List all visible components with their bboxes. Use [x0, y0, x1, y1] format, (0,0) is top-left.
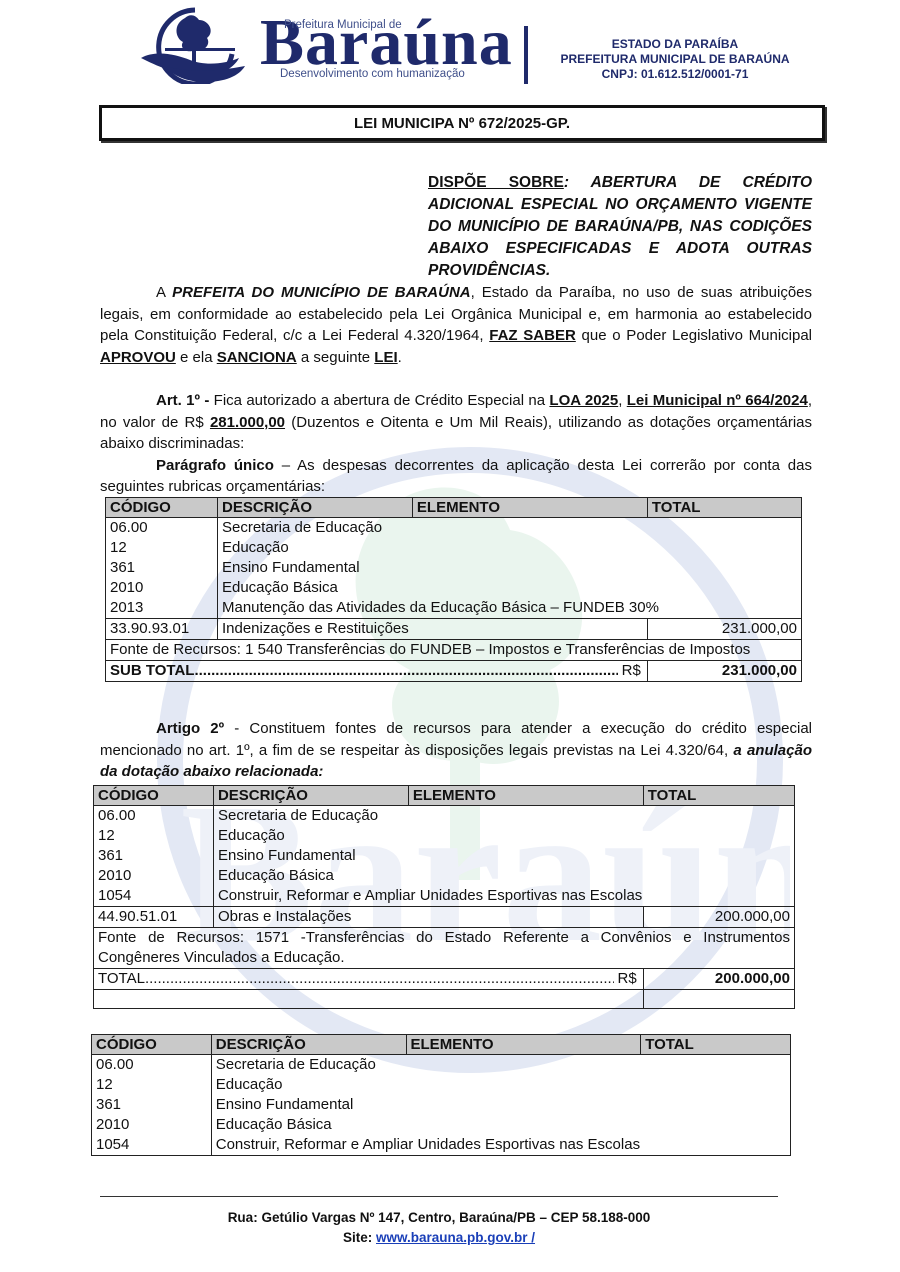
- col-descricao: DESCRIÇÃO: [217, 498, 412, 518]
- row-desc: Secretaria de Educação: [217, 518, 801, 539]
- table-header: CÓDIGO DESCRIÇÃO ELEMENTO TOTAL: [94, 786, 795, 806]
- subtotal-text: SUB TOTAL...............................…: [110, 662, 632, 679]
- col-descricao: DESCRIÇÃO: [211, 1035, 406, 1055]
- header-divider: [524, 26, 528, 84]
- table-row: 2013Manutenção das Atividades da Educaçã…: [106, 598, 802, 619]
- total-value: 200.000,00: [643, 969, 794, 990]
- row-code: 1054: [94, 886, 214, 907]
- footer: Rua: Getúlio Vargas Nº 147, Centro, Bara…: [100, 1208, 778, 1248]
- row-code: 06.00: [94, 806, 214, 827]
- loa-ref: LOA 2025: [549, 392, 618, 409]
- budget-table-credit: CÓDIGO DESCRIÇÃO ELEMENTO TOTAL 06.00Sec…: [105, 497, 802, 682]
- subtotal-label: SUB TOTAL...............................…: [106, 661, 648, 682]
- subtotal-row: SUB TOTAL...............................…: [106, 661, 802, 682]
- element-desc: Obras e Instalações: [213, 907, 643, 928]
- brand-tagline: Desenvolvimento com humanização: [280, 68, 465, 80]
- table-row: 2010Educação Básica: [92, 1115, 791, 1135]
- col-total: TOTAL: [643, 786, 794, 806]
- budget-table-continued: CÓDIGO DESCRIÇÃO ELEMENTO TOTAL 06.00Sec…: [91, 1034, 791, 1156]
- col-codigo: CÓDIGO: [106, 498, 218, 518]
- row-desc: Construir, Reformar e Ampliar Unidades E…: [211, 1135, 790, 1156]
- fonte-recursos: Fonte de Recursos: 1 540 Transferências …: [106, 640, 802, 661]
- table-row: 06.00Secretaria de Educação: [92, 1055, 791, 1076]
- footer-divider: [100, 1196, 778, 1197]
- text: A: [156, 284, 172, 301]
- row-desc: Educação: [217, 538, 801, 558]
- lei: LEI: [374, 349, 397, 366]
- table-row: 06.00Secretaria de Educação: [94, 806, 795, 827]
- site-link[interactable]: www.barauna.pb.gov.br /: [376, 1230, 535, 1245]
- site-label: Site:: [343, 1230, 376, 1245]
- text: que o Poder Legislativo Municipal: [576, 327, 812, 344]
- row-desc: Ensino Fundamental: [217, 558, 801, 578]
- table-row: 1054Construir, Reformar e Ampliar Unidad…: [94, 886, 795, 907]
- row-code: 361: [92, 1095, 212, 1115]
- col-total: TOTAL: [647, 498, 801, 518]
- element-code: 44.90.51.01: [94, 907, 214, 928]
- text: ,: [618, 392, 627, 409]
- article-label: Art. 1º -: [156, 392, 209, 409]
- row-code: 12: [94, 826, 214, 846]
- row-code: 12: [106, 538, 218, 558]
- element-desc: Indenizações e Restituições: [217, 619, 647, 640]
- subtotal-value: 231.000,00: [647, 661, 801, 682]
- total-label: TOTAL...................................…: [94, 969, 644, 990]
- col-elemento: ELEMENTO: [408, 786, 643, 806]
- col-codigo: CÓDIGO: [94, 786, 214, 806]
- table-header: CÓDIGO DESCRIÇÃO ELEMENTO TOTAL: [106, 498, 802, 518]
- row-desc: Educação: [211, 1075, 790, 1095]
- fonte-recursos: Fonte de Recursos: 1571 -Transferências …: [94, 928, 795, 969]
- letterhead: Baraúna Prefeitura Municipal de Desenvol…: [135, 4, 815, 86]
- ementa-label: DISPÕE SOBRE: [428, 174, 564, 191]
- table-row: 361Ensino Fundamental: [94, 846, 795, 866]
- row-desc: Educação Básica: [213, 866, 794, 886]
- article-2: Artigo 2º - Constituem fontes de recurso…: [100, 718, 812, 783]
- row-code: 2010: [92, 1115, 212, 1135]
- text: e ela: [176, 349, 217, 366]
- row-desc: Secretaria de Educação: [213, 806, 794, 827]
- table-row: 1054Construir, Reformar e Ampliar Unidad…: [92, 1135, 791, 1156]
- row-desc: Construir, Reformar e Ampliar Unidades E…: [213, 886, 794, 907]
- cnpj: CNPJ: 01.612.512/0001-71: [530, 67, 820, 82]
- text: Fica autorizado a abertura de Crédito Es…: [209, 392, 549, 409]
- address: Rua: Getúlio Vargas Nº 147, Centro, Bara…: [100, 1208, 778, 1228]
- municipal-logo-icon: [135, 6, 255, 84]
- row-code: 2010: [94, 866, 214, 886]
- col-elemento: ELEMENTO: [406, 1035, 641, 1055]
- state-name: ESTADO DA PARAÍBA: [530, 37, 820, 52]
- row-code: 2013: [106, 598, 218, 619]
- row-desc: Ensino Fundamental: [211, 1095, 790, 1115]
- text: a seguinte: [297, 349, 375, 366]
- law-title: LEI MUNICIPA Nº 672/2025-GP.: [99, 105, 825, 141]
- row-code: 2010: [106, 578, 218, 598]
- row-code: 1054: [92, 1135, 212, 1156]
- col-elemento: ELEMENTO: [412, 498, 647, 518]
- budget-table-annulment: CÓDIGO DESCRIÇÃO ELEMENTO TOTAL 06.00Sec…: [93, 785, 795, 1009]
- col-codigo: CÓDIGO: [92, 1035, 212, 1055]
- preamble: A PREFEITA DO MUNICÍPIO DE BARAÚNA, Esta…: [100, 282, 812, 368]
- row-desc: Educação Básica: [217, 578, 801, 598]
- spacer-row: [94, 990, 795, 1009]
- row-code: 12: [92, 1075, 212, 1095]
- paragraph-label: Parágrafo único: [156, 457, 274, 474]
- row-desc: Ensino Fundamental: [213, 846, 794, 866]
- sanciona: SANCIONA: [217, 349, 297, 366]
- municipality-name: PREFEITURA MUNICIPAL DE BARAÚNA: [530, 52, 820, 67]
- currency: R$: [614, 969, 637, 989]
- row-desc: Educação Básica: [211, 1115, 790, 1135]
- brand-prefix: Prefeitura Municipal de: [284, 19, 402, 31]
- element-row: 33.90.93.01 Indenizações e Restituições …: [106, 619, 802, 640]
- currency: R$: [618, 661, 641, 681]
- table-header: CÓDIGO DESCRIÇÃO ELEMENTO TOTAL: [92, 1035, 791, 1055]
- article-1: Art. 1º - Fica autorizado a abertura de …: [100, 390, 812, 498]
- ementa: DISPÕE SOBRE: ABERTURA DE CRÉDITO ADICIO…: [428, 172, 812, 282]
- article-label: Artigo 2º: [156, 720, 224, 737]
- row-desc: Manutenção das Atividades da Educação Bá…: [217, 598, 801, 619]
- table-row: 2010Educação Básica: [94, 866, 795, 886]
- government-info: ESTADO DA PARAÍBA PREFEITURA MUNICIPAL D…: [530, 37, 820, 82]
- table-row: 12Educação: [106, 538, 802, 558]
- credit-value: 281.000,00: [210, 414, 285, 431]
- element-total: 231.000,00: [647, 619, 801, 640]
- table-row: 2010Educação Básica: [106, 578, 802, 598]
- table-row: 12Educação: [92, 1075, 791, 1095]
- text: .: [398, 349, 402, 366]
- total-text: TOTAL...................................…: [98, 970, 616, 987]
- total-row: TOTAL...................................…: [94, 969, 795, 990]
- row-code: 361: [94, 846, 214, 866]
- fonte-row: Fonte de Recursos: 1 540 Transferências …: [106, 640, 802, 661]
- aprovou: APROVOU: [100, 349, 176, 366]
- faz-saber: FAZ SABER: [489, 327, 576, 344]
- fonte-row: Fonte de Recursos: 1571 -Transferências …: [94, 928, 795, 969]
- authority: PREFEITA DO MUNICÍPIO DE BARAÚNA: [172, 284, 471, 301]
- col-descricao: DESCRIÇÃO: [213, 786, 408, 806]
- element-total: 200.000,00: [643, 907, 794, 928]
- col-total: TOTAL: [641, 1035, 791, 1055]
- element-code: 33.90.93.01: [106, 619, 218, 640]
- table-row: 361Ensino Fundamental: [106, 558, 802, 578]
- table-row: 12Educação: [94, 826, 795, 846]
- row-code: 06.00: [92, 1055, 212, 1076]
- row-desc: Educação: [213, 826, 794, 846]
- table-row: 361Ensino Fundamental: [92, 1095, 791, 1115]
- municipal-law-ref: Lei Municipal nº 664/2024: [627, 392, 808, 409]
- table-row: 06.00Secretaria de Educação: [106, 518, 802, 539]
- element-row: 44.90.51.01 Obras e Instalações 200.000,…: [94, 907, 795, 928]
- row-desc: Secretaria de Educação: [211, 1055, 790, 1076]
- row-code: 361: [106, 558, 218, 578]
- row-code: 06.00: [106, 518, 218, 539]
